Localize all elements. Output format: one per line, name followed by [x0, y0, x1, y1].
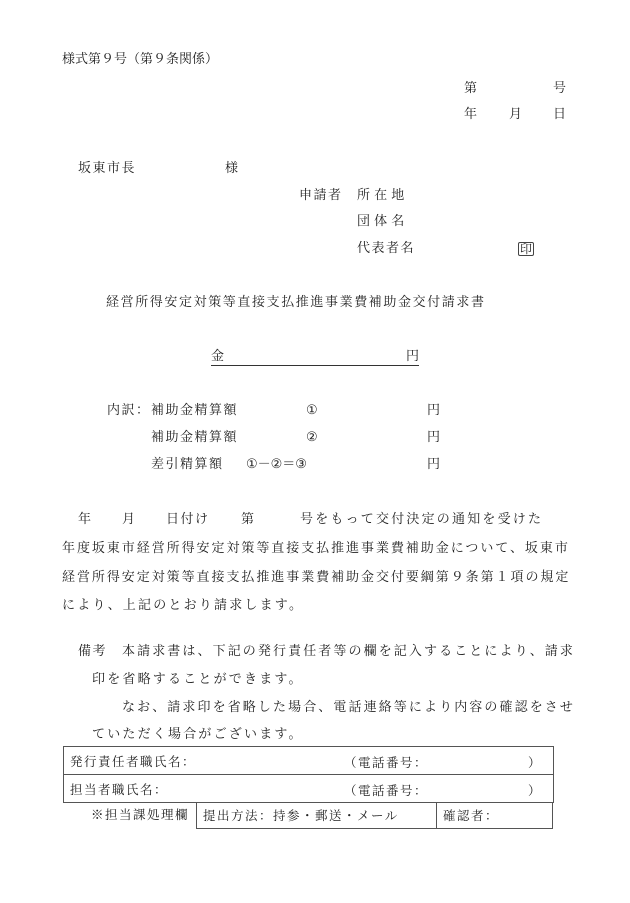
remarks-line3: なお、請求印を省略した場合、電話連絡等により内容の確認をさせ [122, 701, 575, 714]
staff-phone-close: ） [528, 781, 541, 799]
office-use-row: 提出方法：持参・郵送・メール 確認者： [196, 802, 553, 830]
office-use-label: ※担当課処理欄 [91, 809, 189, 822]
breakdown-item-2: 補助金精算額 [151, 431, 238, 444]
breakdown-marker-2: ② [306, 431, 318, 444]
body-month: 月 [122, 513, 135, 526]
staff-label: 担当者職氏名： [70, 782, 168, 797]
staff-cell[interactable]: 担当者職氏名： （電話番号： ） [64, 775, 554, 803]
contact-table: 発行責任者職氏名： （電話番号： ） 担当者職氏名： （電話番号： ） [63, 746, 554, 803]
form-number: 様式第９号（第９条関係） [62, 53, 218, 66]
table-row-staff: 担当者職氏名： （電話番号： ） [64, 775, 554, 803]
field-org-name-label: 団 体 名 [357, 215, 404, 228]
field-address-label: 所 在 地 [357, 189, 404, 202]
addressee-honorific: 様 [225, 162, 238, 175]
body-year: 年 [78, 513, 91, 526]
date-day-label: 日 [553, 108, 566, 121]
remarks-line2: 印を省略することができます。 [92, 673, 304, 686]
body-day-dated: 日付け [166, 513, 210, 526]
seal-mark: 印 [518, 242, 534, 256]
body-line3: 経営所得安定対策等直接支払推進事業費補助金交付要綱第９条第１項の規定 [62, 571, 570, 584]
body-line4: により、上記のとおり請求します。 [62, 599, 304, 612]
amount-prefix: 金 [211, 350, 224, 363]
issuer-phone-label: （電話番号： [344, 753, 428, 771]
remarks-line4: ていただく場合がございます。 [92, 728, 304, 741]
amount-suffix: 円 [406, 350, 419, 363]
doc-no-suffix: 号 [553, 82, 566, 95]
field-representative-label: 代表者名 [357, 242, 415, 255]
applicant-label: 申請者 [299, 189, 343, 202]
breakdown-unit-1: 円 [427, 404, 440, 417]
breakdown-marker-1: ① [306, 404, 318, 417]
addressee-name: 坂東市長 [78, 162, 136, 175]
breakdown-marker-3: ①－②＝③ [246, 458, 307, 471]
body-no-prefix: 第 [241, 513, 254, 526]
date-year-label: 年 [464, 108, 477, 121]
breakdown-label: 内訳： [107, 404, 151, 417]
breakdown-item-3: 差引精算額 [151, 458, 224, 471]
amount-line: 金 円 [211, 350, 419, 366]
breakdown-item-1: 補助金精算額 [151, 404, 238, 417]
body-line2: 年度坂東市経営所得安定対策等直接支払推進事業費補助金について、坂東市 [62, 542, 570, 555]
remarks-line1: 本請求書は、下記の発行責任者等の欄を記入することにより、請求 [122, 645, 575, 658]
issuer-phone-close: ） [528, 753, 541, 771]
table-row-issuer: 発行責任者職氏名： （電話番号： ） [64, 747, 554, 775]
issuer-label: 発行責任者職氏名： [70, 754, 196, 769]
remarks-label: 備考 [78, 645, 107, 658]
confirmer-cell[interactable]: 確認者： [437, 802, 553, 829]
date-month-label: 月 [509, 108, 522, 121]
issuer-cell[interactable]: 発行責任者職氏名： （電話番号： ） [64, 747, 554, 775]
breakdown-unit-2: 円 [427, 431, 440, 444]
body-line1-rest: 号をもって交付決定の通知を受けた [300, 513, 543, 526]
staff-phone-label: （電話番号： [344, 781, 428, 799]
document-title: 経営所得安定対策等直接支払推進事業費補助金交付請求書 [106, 296, 486, 309]
submission-method-cell[interactable]: 提出方法：持参・郵送・メール [196, 802, 437, 829]
doc-no-prefix: 第 [464, 82, 477, 95]
breakdown-unit-3: 円 [427, 458, 440, 471]
